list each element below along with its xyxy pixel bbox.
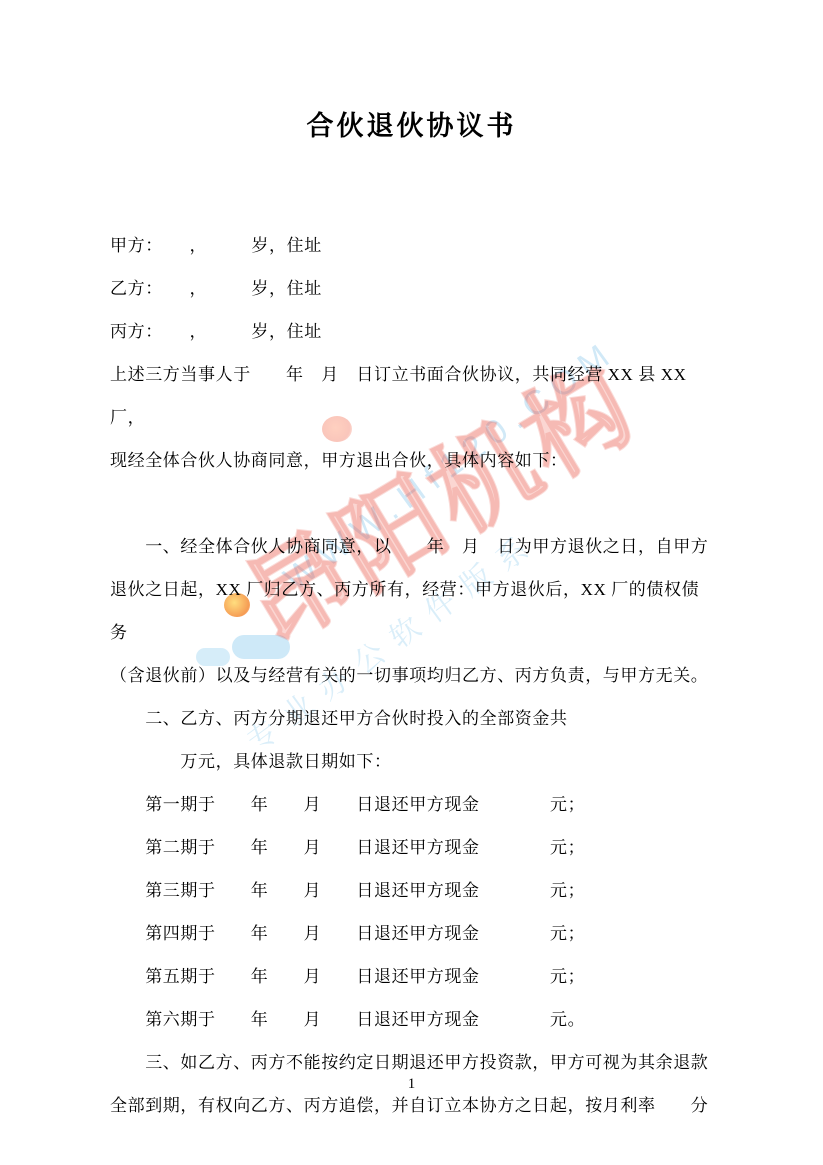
document-title: 合伙退伙协议书	[0, 104, 823, 143]
document-line: 现经全体合伙人协商同意，甲方退出合伙，具体内容如下：	[110, 439, 715, 482]
document-line: 万元，具体退款日期如下：	[110, 740, 715, 783]
document-line: 丙方： ， 岁，住址	[110, 310, 715, 353]
page-number: 1	[0, 1076, 823, 1093]
document-line: 甲方： ， 岁，住址	[110, 224, 715, 267]
document-line	[110, 482, 715, 525]
document-line: 一、经全体合伙人协商同意，以 年 月 日为甲方退伙之日，自甲方	[110, 525, 715, 568]
document-content: 合伙退伙协议书 甲方： ， 岁，住址乙方： ， 岁，住址丙方： ， 岁，住址上述…	[0, 0, 823, 1165]
document-line: 第六期于 年 月 日退还甲方现金 元。	[110, 998, 715, 1041]
document-line: 二、乙方、丙方分期退还甲方合伙时投入的全部资金共	[110, 697, 715, 740]
document-page: 专业办公软件版系 WWW.Hf120.COM 昂阳机构 合伙退伙协议书 甲方： …	[0, 0, 823, 1165]
document-line: 退伙之日起，XX 厂归乙方、丙方所有，经营：甲方退伙后，XX 厂的债权债务	[110, 568, 715, 654]
document-line: （含退伙前）以及与经营有关的一切事项均归乙方、丙方负责，与甲方无关。	[110, 654, 715, 697]
document-line: 第四期于 年 月 日退还甲方现金 元；	[110, 912, 715, 955]
document-line: 第一期于 年 月 日退还甲方现金 元；	[110, 783, 715, 826]
document-body: 甲方： ， 岁，住址乙方： ， 岁，住址丙方： ， 岁，住址上述三方当事人于 年…	[110, 224, 715, 1127]
document-line: 第三期于 年 月 日退还甲方现金 元；	[110, 869, 715, 912]
document-line: 第二期于 年 月 日退还甲方现金 元；	[110, 826, 715, 869]
document-line: 乙方： ， 岁，住址	[110, 267, 715, 310]
document-line: 第五期于 年 月 日退还甲方现金 元；	[110, 955, 715, 998]
document-line: 上述三方当事人于 年 月 日订立书面合伙协议，共同经营 XX 县 XX 厂，	[110, 353, 715, 439]
